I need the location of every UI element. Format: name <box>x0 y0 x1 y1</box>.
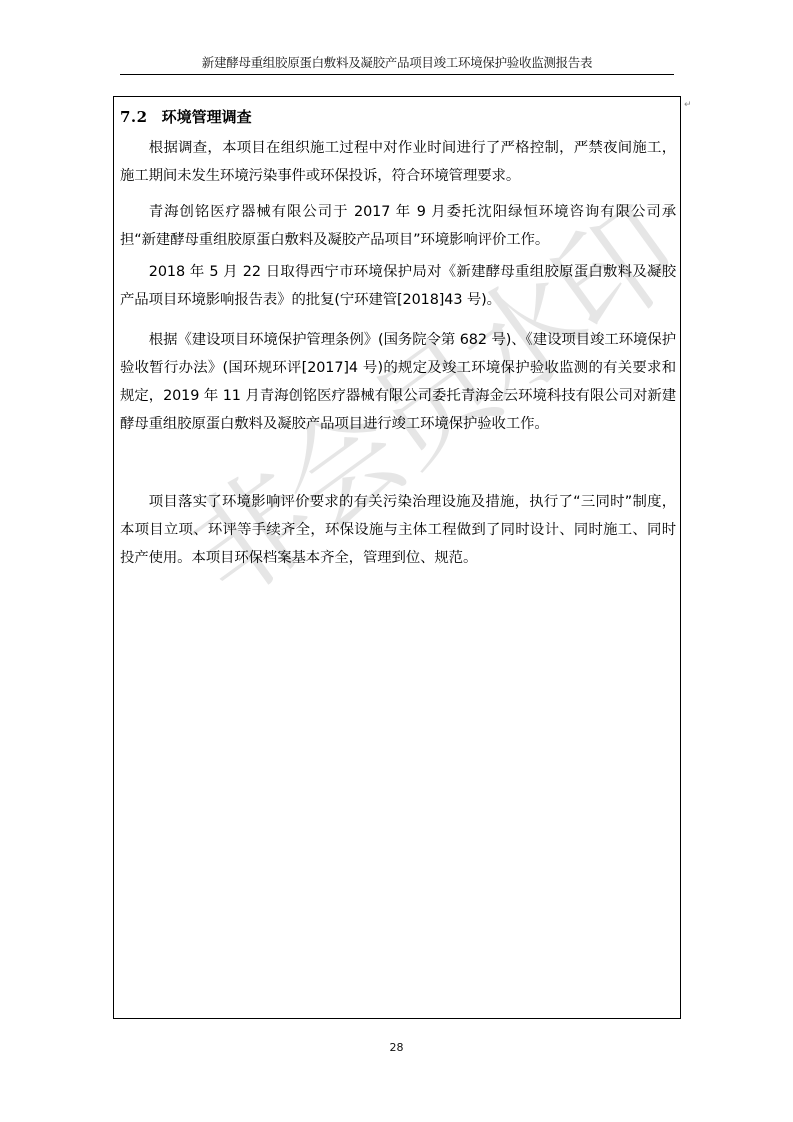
page-number: 28 <box>0 1041 793 1055</box>
paragraph-acceptance-basis: 根据《建设项目环境保护管理条例》(国务院令第 682 号)、《建设项目竣工环境保… <box>120 326 676 438</box>
running-header: 新建酵母重组胶原蛋白敷料及凝胶产品项目竣工环境保护验收监测报告表 <box>120 55 674 71</box>
paragraph-three-simultaneous: 项目落实了环境影响评价要求的有关污染治理设施及措施，执行了“三同时”制度，本项目… <box>120 488 676 572</box>
paragraph-construction-control: 根据调查，本项目在组织施工过程中对作业时间进行了严格控制，严禁夜间施工，施工期间… <box>120 134 676 190</box>
paragraph-approval: 2018 年 5 月 22 日取得西宁市环境保护局对《新建酵母重组胶原蛋白敷料及… <box>120 258 676 314</box>
section-heading: 7.2环境管理调查 <box>120 107 252 127</box>
section-title: 环境管理调查 <box>162 108 252 126</box>
header-rule <box>120 74 674 75</box>
paragraph-eia-commission: 青海创铭医疗器械有限公司于 2017 年 9 月委托沈阳绿恒环境咨询有限公司承担… <box>120 198 676 254</box>
paragraph-mark-icon: ↵ <box>684 100 692 110</box>
section-number: 7.2 <box>120 108 148 126</box>
